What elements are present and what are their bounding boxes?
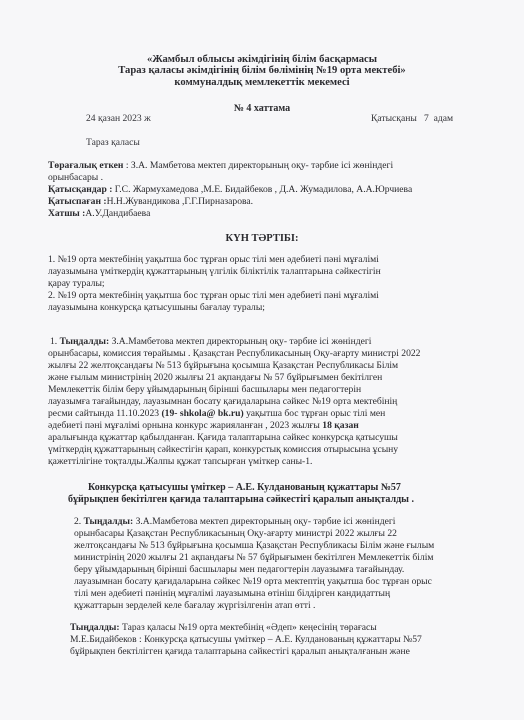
section1-line: аралығында құжаттар қабылданған. Қағида … — [48, 432, 398, 444]
section1-heard-label: Тыңдалды: — [60, 336, 110, 347]
org-header-line3: коммуналдық мемлекеттік мекемесі — [0, 77, 524, 89]
agenda-title: КҮН ТӘРТІБІ: — [0, 233, 524, 244]
section3-heard-line: Тыңдалды: Тараз қаласы №19 орта мектебін… — [70, 622, 377, 634]
org-header-line1: «Жамбыл облысы әкімдігінің білім басқарм… — [0, 54, 524, 66]
section1-line1: З.А.Мамбетова мектеп директорының оқу- т… — [109, 336, 371, 347]
section1-date-line: әдебиеті пәні мұғалімі орнына конкурс жа… — [48, 420, 359, 432]
section1-decision-line1: Конкурсқа қатысушы үміткер – А.Е. Кулдан… — [88, 482, 401, 494]
absent-text: Н.Н.Жувандикова ,Г.Г.Пирназарова. — [107, 196, 254, 207]
document-page: «Жамбыл облысы әкімдігінің білім басқарм… — [0, 0, 524, 720]
section2-line: министрінің 2020 жылғы 21 ақпандағы № 57… — [74, 552, 433, 564]
chair-line: Төрағалық еткен : З.А. Мамбетова мектеп … — [48, 160, 393, 172]
agenda-item1-line1: 1. №19 орта мектебінің уақытша бос тұрға… — [48, 254, 379, 266]
chair-text: : З.А. Мамбетова мектеп директорының оқу… — [123, 160, 393, 171]
section2-line1: З.А.Мамбетова мектеп директорының оқу- т… — [133, 516, 395, 527]
site-pre: ресми сайтында 11.10.2023 — [48, 408, 161, 419]
section2-line: құжаттарын зерделей келе бағалау жүргізі… — [74, 600, 315, 612]
section2-line: беру ұйымдарының бірінші басшылары мен п… — [74, 564, 404, 576]
section3-heard-label: Тыңдалды: — [70, 622, 120, 633]
deadline-date: 18 қазан — [322, 420, 359, 431]
absent-line: Қатыспаған :Н.Н.Жувандикова ,Г.Г.Пирназа… — [48, 196, 253, 208]
section1-site-line: ресми сайтында 11.10.2023 (19- shkola@ b… — [48, 408, 385, 420]
section1-line: Мемлекеттік білім беру ұйымдарының бірін… — [48, 384, 361, 396]
section1-decision-line2: бұйрықпен бекітілген қағида талаптарына … — [68, 494, 414, 506]
section2-num: 2. — [74, 516, 84, 527]
section1-line: және ғылым министрінің 2020 жылғы 21 ақп… — [48, 372, 382, 384]
chair-label: Төрағалық еткен — [48, 160, 123, 171]
section1-heard-line: 1. Тыңдалды: З.А.Мамбетова мектеп директ… — [50, 336, 371, 348]
city: Тараз қаласы — [86, 137, 140, 149]
section2-line: лауазымнан босату қағидаларына сәйкес №1… — [74, 576, 432, 588]
secretary-line: Хатшы :А.У.Дандибаева — [48, 208, 150, 220]
section1-line: үміткердің құжаттарының сәйкестігін қара… — [48, 444, 398, 456]
section2-heard-line: 2. Тыңдалды: З.А.Мамбетова мектеп директ… — [74, 516, 395, 528]
org-header-line2: Тараз қаласы әкімдігінің білім бөлімінің… — [0, 65, 524, 77]
section1-num: 1. — [50, 336, 60, 347]
secretary-text: А.У.Дандибаева — [85, 208, 150, 219]
attendees-label: Қатысқаны — [371, 113, 417, 124]
attendees-count: 7 — [424, 113, 429, 124]
section2-line: орынбасары Қазақстан Республикасының Оқу… — [74, 528, 397, 540]
section2-line: тілі мен әдебиеті пәнінің мұғалімі лауаз… — [74, 588, 390, 600]
section3-line: бұйрықпен бектілігген қағида талаптарына… — [70, 646, 410, 658]
present-text: Г.С. Жармухамедова ,М.Е. Бидайбеков , Д.… — [112, 184, 412, 195]
school-email: (19- shkola@ bk.ru) — [161, 408, 243, 419]
section3-line1: Тараз қаласы №19 орта мектебінің «Әдеп» … — [120, 622, 377, 633]
section1-line: орынбасары, комиссия төрайымы . Қазақста… — [48, 348, 420, 360]
absent-label: Қатыспаған : — [48, 196, 107, 207]
present-label: Қатысқандар : — [48, 184, 112, 195]
site-post: уақытша бос тұрған орыс тілі мен — [244, 408, 386, 419]
section2-heard-label: Тыңдалды: — [84, 516, 134, 527]
section1-line: лауазымға тағайындау, лауазымнан босату … — [48, 396, 397, 408]
section1-line: жылғы 22 желтоқсандағы № 513 бұйрығына қ… — [48, 360, 398, 372]
secretary-label: Хатшы : — [48, 208, 85, 219]
agenda-item2-line1: 2. №19 орта мектебінің уақытша бос тұрға… — [48, 290, 379, 302]
attendees-unit: адам — [434, 113, 453, 124]
agenda-item1-line3: қарау туралы; — [48, 278, 105, 290]
present-line: Қатысқандар : Г.С. Жармухамедова ,М.Е. Б… — [48, 184, 412, 196]
agenda-item2-line2: лауазымына конкурсқа қатысушыны бағалау … — [48, 302, 265, 314]
section1-line: қажеттілігіне тоқталды.Жалпы құжат тапсы… — [48, 456, 312, 468]
attendance: Қатысқаны 7 адам — [371, 113, 453, 125]
section2-line: желтоқсандағы № 513 бұйрығына қосымша Қа… — [74, 540, 434, 552]
protocol-date: 24 қазан 2023 ж — [86, 113, 151, 125]
chair-line2: орынбасары . — [48, 172, 103, 184]
section3-line: М.Е.Бидайбеков : Конкурсқа қатысушы үміт… — [70, 634, 422, 646]
agenda-item1-line2: лауазымына үміткердің құжаттарының үлгіл… — [48, 266, 381, 278]
date-pre: әдебиеті пәні мұғалімі орнына конкурс жа… — [48, 420, 322, 431]
